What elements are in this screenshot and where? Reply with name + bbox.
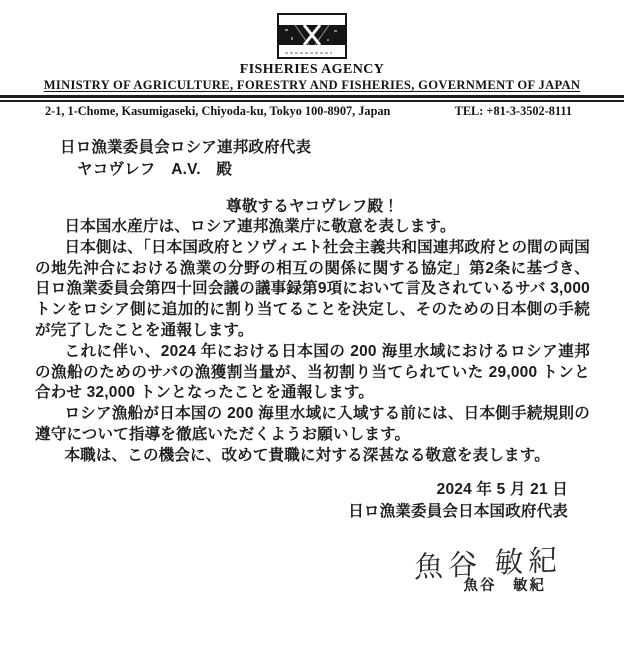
paragraph-greeting: 日本国水産庁は、ロシア連邦漁業庁に敬意を表します。 <box>35 217 590 238</box>
letterhead: FISHERIES AGENCY MINISTRY OF AGRICULTURE… <box>0 13 624 118</box>
address-text: 2-1, 1-Chome, Kasumigaseki, Chiyoda-ku, … <box>45 104 390 118</box>
recipient-title: 日ロ漁業委員会ロシア連邦政府代表 <box>35 137 590 159</box>
agency-name: FISHERIES AGENCY <box>0 62 624 78</box>
letter-body: 日ロ漁業委員会ロシア連邦政府代表 ヤコヴレフ A.V. 殿 尊敬するヤコヴレフ殿… <box>0 137 624 596</box>
recipient-name: ヤコヴレフ A.V. 殿 <box>35 159 590 181</box>
paragraph-allocation: 日本側は、「日本国政府とソヴィエト社会主義共和国連邦政府との間の両国の地先沖合に… <box>35 238 590 342</box>
scanned-letter-page: FISHERIES AGENCY MINISTRY OF AGRICULTURE… <box>0 0 624 667</box>
paragraph-closing: 本職は、この機会に、改めて貴職に対する深甚なる敬意を表します。 <box>35 446 590 467</box>
ministry-name: MINISTRY OF AGRICULTURE, FORESTRY AND FI… <box>0 78 624 93</box>
fisheries-agency-emblem-icon <box>277 13 347 59</box>
header-divider <box>0 95 624 102</box>
signoff-block: 2024 年 5 月 21 日 日ロ漁業委員会日本国政府代表 <box>35 479 590 523</box>
paragraph-compliance: ロシア漁船が日本国の 200 海里水域に入域する前には、日本側手続規則の遵守につ… <box>35 404 590 446</box>
recipient-block: 日ロ漁業委員会ロシア連邦政府代表 ヤコヴレフ A.V. 殿 <box>35 137 590 180</box>
sender-title: 日ロ漁業委員会日本国政府代表 <box>35 501 568 523</box>
telephone-text: TEL: +81-3-3502-8111 <box>455 104 572 118</box>
letter-date: 2024 年 5 月 21 日 <box>35 479 568 501</box>
paragraph-total-quota: これに伴い、2024 年における日本国の 200 海里水域におけるロシア連邦の漁… <box>35 342 590 404</box>
signature-block: 魚谷 敏紀 魚谷 敏紀 <box>35 543 590 596</box>
address-row: 2-1, 1-Chome, Kasumigaseki, Chiyoda-ku, … <box>0 102 624 118</box>
salutation: 尊敬するヤコヴレフ殿！ <box>35 196 590 217</box>
